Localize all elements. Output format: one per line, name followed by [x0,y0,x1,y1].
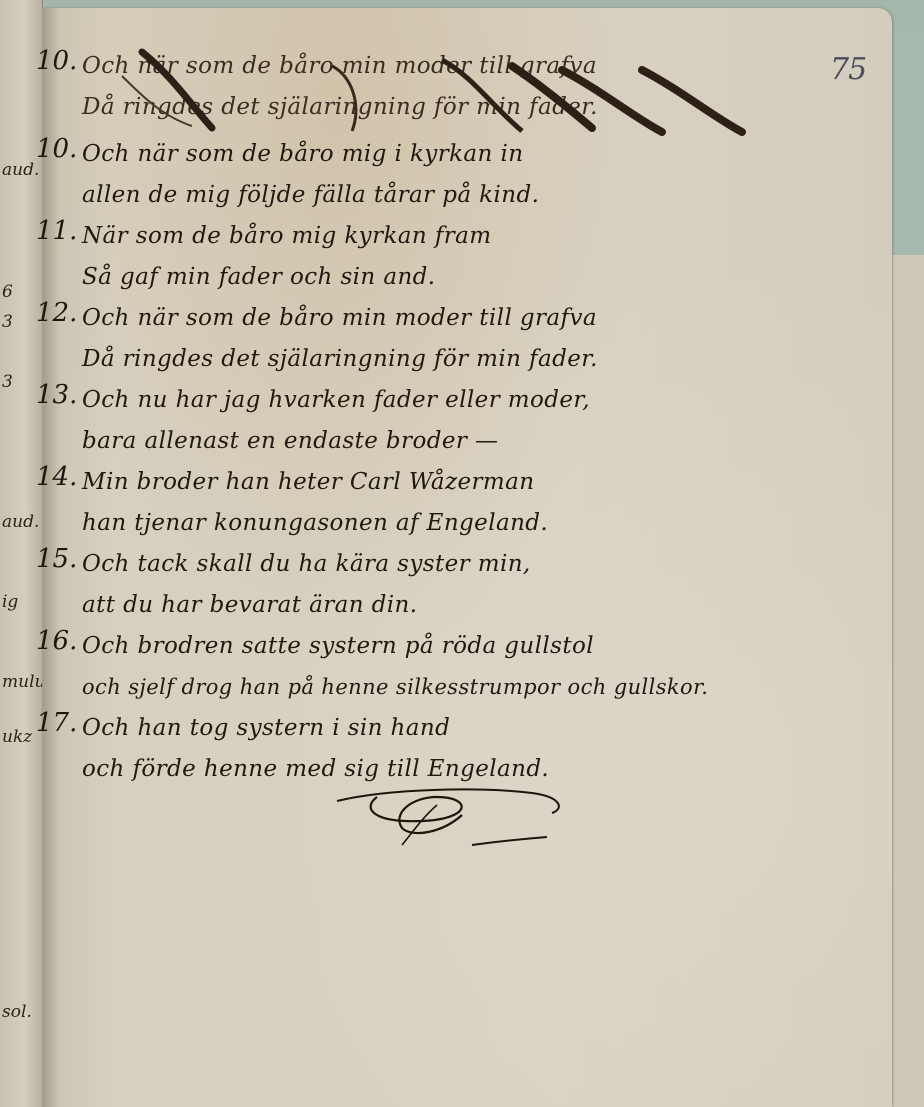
backdrop-right-strip [892,30,924,260]
verse-line: Och brodren satte systern på röda gullst… [42,626,862,667]
verse-entry: 15. Och tack skall du ha kära syster min… [42,544,862,626]
verse-entry: 12. Och när som de båro min moder till g… [42,298,862,380]
verse-line: Och tack skall du ha kära syster min, [42,544,862,585]
verse-entry-crossed: 10. Och när som de båro min moder till g… [42,46,862,128]
verse-line: Och när som de båro mig i kyrkan in [42,134,862,175]
manuscript-page: 75 10. Och när som de båro min moder til… [42,8,892,1107]
verse-line: allen de mig följde fälla tårar på kind. [42,175,862,216]
verse-line: Min broder han heter Carl Wåzerman [42,462,862,503]
verse-number: 10. [36,46,77,76]
left-page-fragment: ig [2,592,18,612]
verse-line: och sjelf drog han på henne silkesstrump… [42,667,862,708]
verse-number: 11. [36,216,77,246]
verse-line: han tjenar konungasonen af Engeland. [42,503,862,544]
left-page-fragment: mulu [2,672,43,692]
left-page-fragment: aud. [2,512,39,532]
verse-line: Och nu har jag hvarken fader eller moder… [42,380,862,421]
verse-line: Då ringdes det själaringning för min fad… [42,87,862,128]
verse-entry: 10. Och när som de båro mig i kyrkan in … [42,134,862,216]
verse-number: 10. [36,134,77,164]
verse-list: 10. Och när som de båro min moder till g… [42,46,862,790]
verse-entry: 14. Min broder han heter Carl Wåzerman h… [42,462,862,544]
verse-line: Så gaf min fader och sin and. [42,257,862,298]
verse-entry: 13. Och nu har jag hvarken fader eller m… [42,380,862,462]
left-page-fragment: 3 [2,312,13,332]
left-page-fragment: ukz [2,727,32,747]
verse-number: 13. [36,380,77,410]
verse-number: 14. [36,462,77,492]
verse-number: 16. [36,626,77,656]
verse-line: bara allenast en endaste broder — [42,421,862,462]
verse-entry: 16. Och brodren satte systern på röda gu… [42,626,862,708]
verse-number: 15. [36,544,77,574]
left-page-fragment: 6 [2,282,13,302]
verse-number: 12. [36,298,77,328]
verse-number: 17. [36,708,77,738]
verse-line: att du har bevarat äran din. [42,585,862,626]
verse-line: Då ringdes det själaringning för min fad… [42,339,862,380]
left-page-fragment: 3 [2,372,13,392]
left-page-fragment: aud. [2,160,39,180]
verse-line: Och när som de båro min moder till grafv… [42,298,862,339]
verse-line: När som de båro mig kyrkan fram [42,216,862,257]
left-page-fragment: sol. [2,1002,32,1022]
end-flourish-icon [332,783,572,853]
verse-entry: 11. När som de båro mig kyrkan fram Så g… [42,216,862,298]
verse-entry: 17. Och han tog systern i sin hand och f… [42,708,862,790]
verse-line: Och när som de båro min moder till grafv… [42,46,862,87]
verse-line: Och han tog systern i sin hand [42,708,862,749]
